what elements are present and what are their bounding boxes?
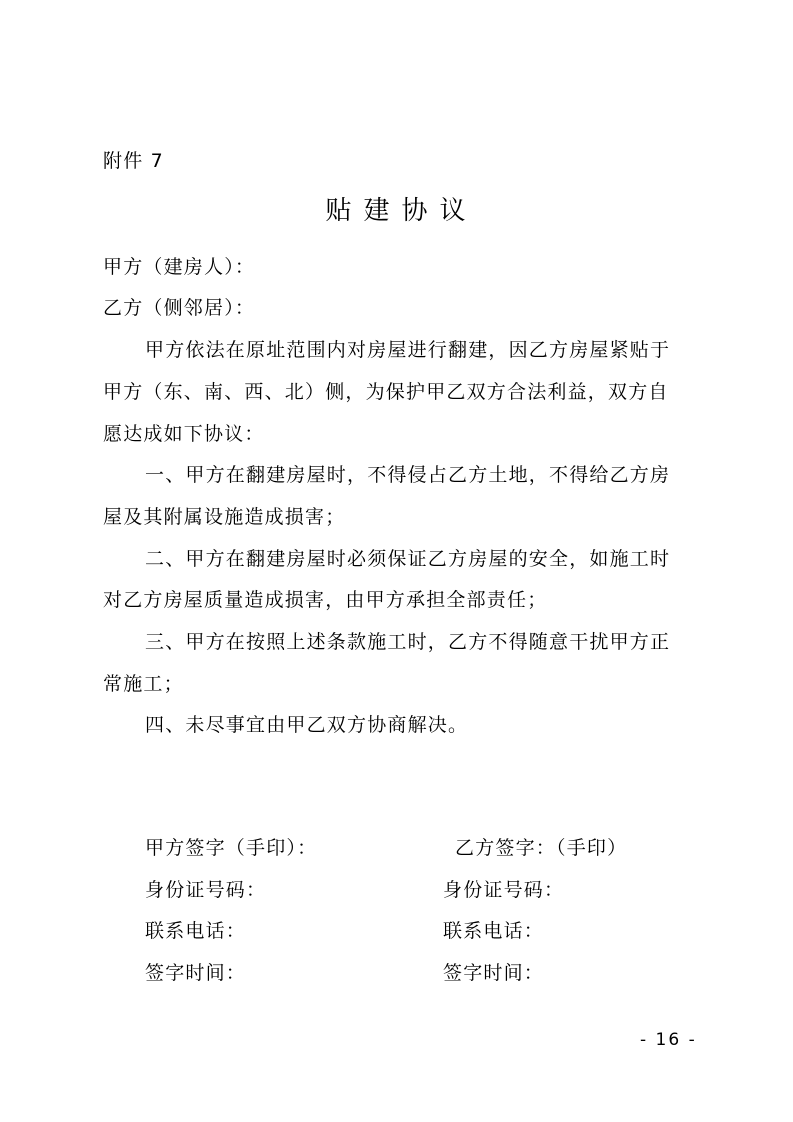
party-a-phone-label: 联系电话： <box>145 920 246 942</box>
document-page: 附件 7 贴建协议 甲方（建房人）： 乙方（侧邻居）： 甲方依法在原址范围内对房… <box>0 0 793 1122</box>
party-a-sign-date-label: 签字时间： <box>145 962 246 984</box>
preamble-line-2: 甲方（东、南、西、北）侧，为保护甲乙双方合法利益，双方自 <box>103 381 693 403</box>
party-a-signature-label: 甲方签字（手印）： <box>145 837 317 859</box>
document-title: 贴建协议 <box>0 196 793 226</box>
party-a-id-number-label: 身份证号码： <box>145 879 266 901</box>
party-b-id-number-label: 身份证号码： <box>443 879 564 901</box>
attachment-label: 附件 7 <box>103 150 164 172</box>
clause-1-line-1: 一、甲方在翻建房屋时，不得侵占乙方土地，不得给乙方房 <box>145 464 670 486</box>
party-b-sign-date-label: 签字时间： <box>443 962 544 984</box>
preamble-line-1: 甲方依法在原址范围内对房屋进行翻建，因乙方房屋紧贴于 <box>145 339 670 361</box>
preamble-line-3: 愿达成如下协议： <box>103 423 693 445</box>
clause-3-line-2: 常施工； <box>103 673 693 695</box>
page-number: - 16 - <box>640 1029 697 1051</box>
party-a-label: 甲方（建房人）： <box>103 256 255 278</box>
clause-1-line-2: 屋及其附属设施造成损害； <box>103 506 693 528</box>
party-b-signature-label: 乙方签字：（手印） <box>455 837 627 859</box>
party-b-phone-label: 联系电话： <box>443 920 544 942</box>
clause-4-line-1: 四、未尽事宜由甲乙双方协商解决。 <box>145 714 468 736</box>
clause-2-line-1: 二、甲方在翻建房屋时必须保证乙方房屋的安全，如施工时 <box>145 548 670 570</box>
clause-2-line-2: 对乙方房屋质量造成损害，由甲方承担全部责任； <box>103 589 693 611</box>
clause-3-line-1: 三、甲方在按照上述条款施工时，乙方不得随意干扰甲方正 <box>145 631 670 653</box>
party-b-label: 乙方（侧邻居）： <box>103 297 255 319</box>
